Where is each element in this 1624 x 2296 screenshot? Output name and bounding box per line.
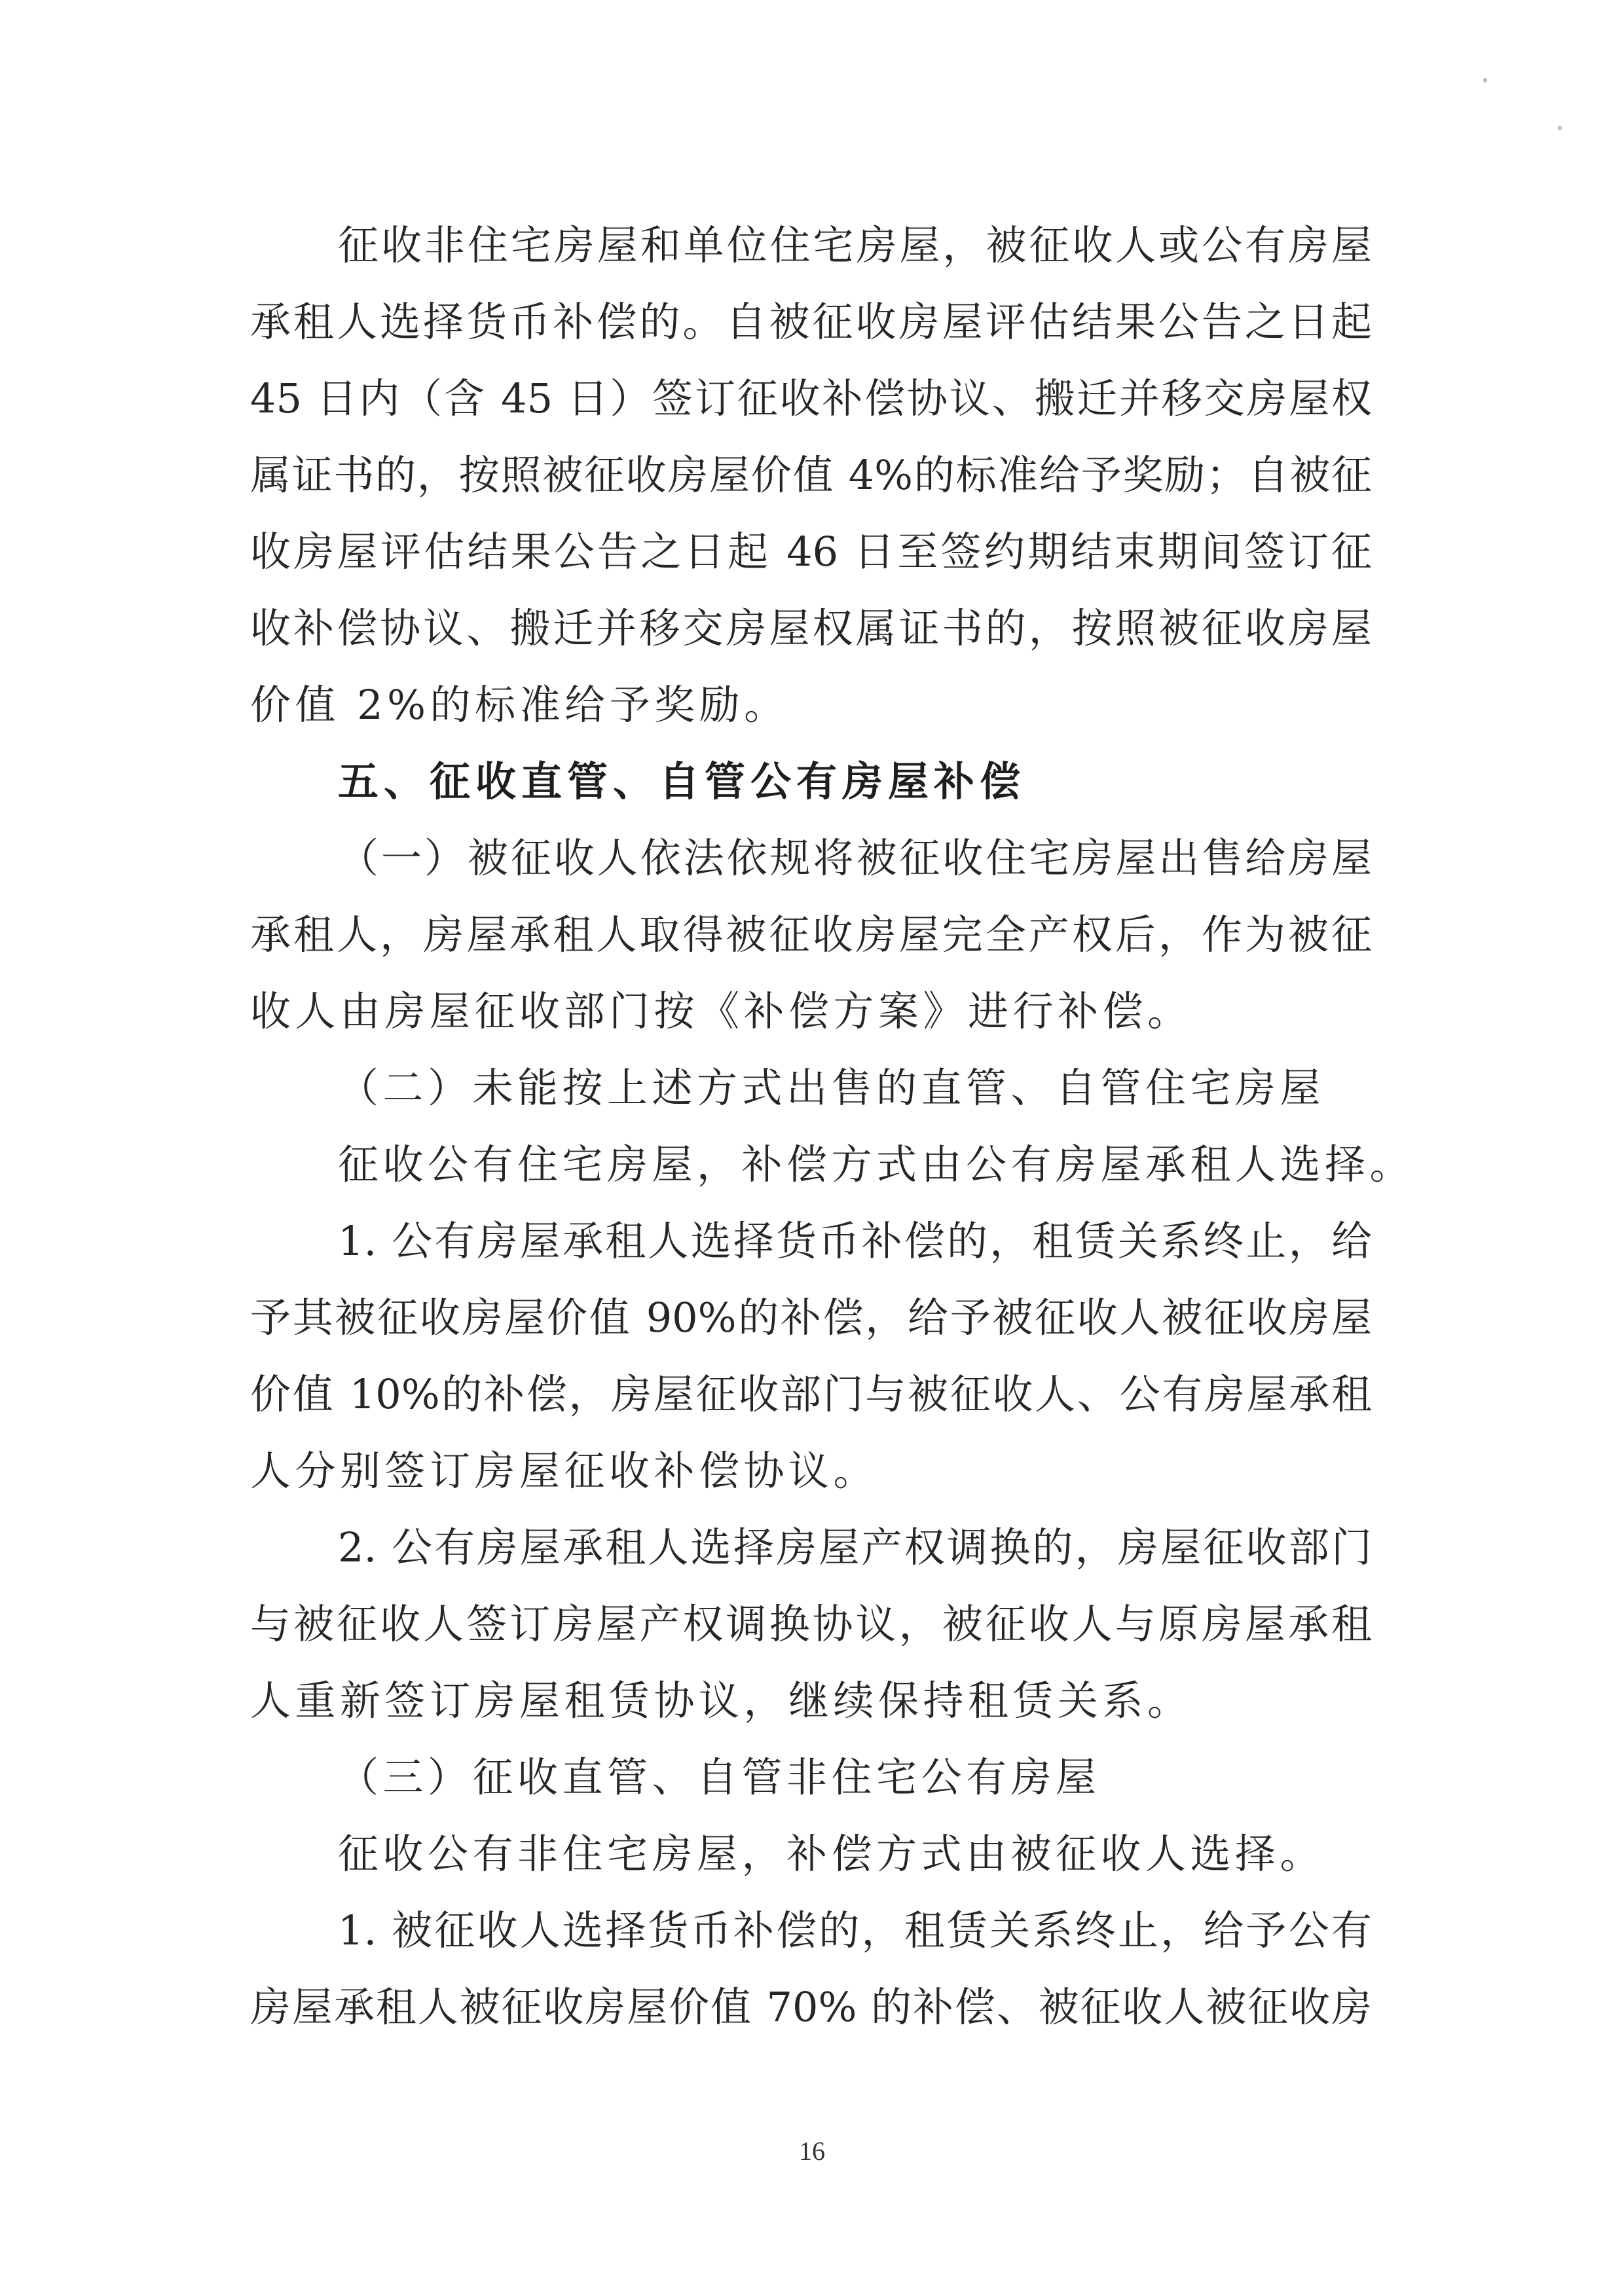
paragraph-line: 收人由房屋征收部门按《补偿方案》进行补偿。 — [250, 973, 1372, 1049]
paragraph-line: 1. 公有房屋承租人选择货币补偿的，租赁关系终止，给 — [250, 1203, 1372, 1279]
paragraph-line: 征收公有住宅房屋，补偿方式由公有房屋承租人选择。 — [250, 1126, 1372, 1203]
paragraph-line: 收房屋评估结果公告之日起 46 日至签约期结束期间签订征 — [250, 513, 1372, 590]
section-heading: 五、征收直管、自管公有房屋补偿 — [250, 743, 1372, 820]
paragraph-line: 2. 公有房屋承租人选择房屋产权调换的，房屋征收部门 — [250, 1509, 1372, 1586]
paragraph-line: 收补偿协议、搬迁并移交房屋权属证书的，按照被征收房屋 — [250, 590, 1372, 666]
document-body: 征收非住宅房屋和单位住宅房屋，被征收人或公有房屋 承租人选择货币补偿的。自被征收… — [250, 207, 1372, 2045]
paragraph-line: 征收公有非住宅房屋，补偿方式由被征收人选择。 — [250, 1815, 1372, 1892]
scan-speck — [1483, 78, 1487, 82]
paragraph-line: 予其被征收房屋价值 90%的补偿，给予被征收人被征收房屋 — [250, 1279, 1372, 1356]
subsection-heading: （三）征收直管、自管非住宅公有房屋 — [250, 1739, 1372, 1815]
paragraph-line: 与被征收人签订房屋产权调换协议，被征收人与原房屋承租 — [250, 1586, 1372, 1662]
paragraph-line: 承租人选择货币补偿的。自被征收房屋评估结果公告之日起 — [250, 283, 1372, 360]
paragraph-line: 人分别签订房屋征收补偿协议。 — [250, 1432, 1372, 1509]
paragraph-line: 征收非住宅房屋和单位住宅房屋，被征收人或公有房屋 — [250, 207, 1372, 283]
paragraph-line: （一）被征收人依法依规将被征收住宅房屋出售给房屋 — [250, 820, 1372, 896]
paragraph-line: 45 日内（含 45 日）签订征收补偿协议、搬迁并移交房屋权 — [250, 360, 1372, 437]
subsection-heading: （二）未能按上述方式出售的直管、自管住宅房屋 — [250, 1049, 1372, 1126]
paragraph-line: 房屋承租人被征收房屋价值 70% 的补偿、被征收人被征收房 — [250, 1969, 1372, 2045]
paragraph-line: 价值 10%的补偿，房屋征收部门与被征收人、公有房屋承租 — [250, 1356, 1372, 1432]
scan-speck — [1558, 126, 1562, 130]
paragraph-line: 价值 2%的标准给予奖励。 — [250, 666, 1372, 743]
paragraph-line: 人重新签订房屋租赁协议，继续保持租赁关系。 — [250, 1662, 1372, 1739]
paragraph-line: 承租人，房屋承租人取得被征收房屋完全产权后，作为被征 — [250, 896, 1372, 973]
page-number: 16 — [0, 2136, 1624, 2166]
paragraph-line: 属证书的，按照被征收房屋价值 4%的标准给予奖励；自被征 — [250, 437, 1372, 513]
document-page: 征收非住宅房屋和单位住宅房屋，被征收人或公有房屋 承租人选择货币补偿的。自被征收… — [0, 0, 1624, 2296]
paragraph-line: 1. 被征收人选择货币补偿的，租赁关系终止，给予公有 — [250, 1892, 1372, 1969]
